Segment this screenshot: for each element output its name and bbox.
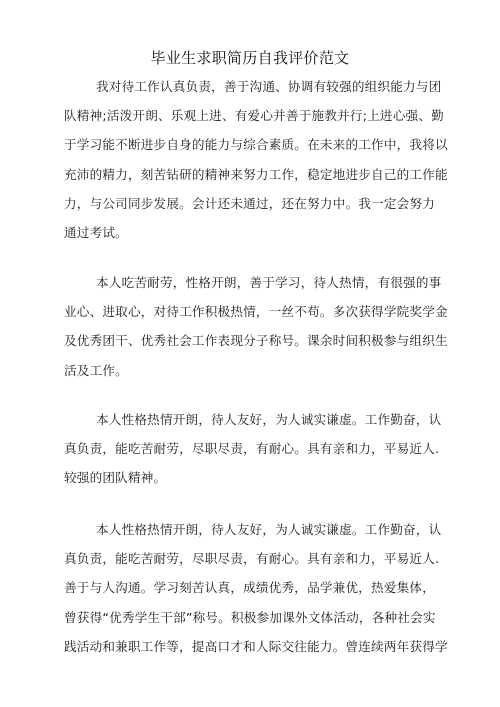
paragraph-line: 充沛的精力，刻苦钻研的精神来努力工作，稳定地进步自己的工作能 (64, 160, 424, 189)
paragraph-line: 活及工作。 (64, 356, 424, 385)
paragraph-3: 本人性格热情开朗，待人友好，为人诚实谦虚。工作勤奋，认 真负责，能吃苦耐劳，尽职… (64, 405, 424, 493)
paragraph-line: 真负责，能吃苦耐劳，尽职尽责，有耐心。具有亲和力，平易近人. (64, 544, 424, 573)
paragraph-line: 业心、进取心，对待工作积极热情，一丝不苟。多次获得学院奖学金 (64, 297, 424, 326)
paragraph-1: 我对待工作认真负责，善于沟通、协调有较强的组织能力与团 队精神;活泼开朗、乐观上… (64, 72, 424, 247)
paragraph-line: 善于与人沟通。学习刻苦认真，成绩优秀，品学兼优，热爱集体， (64, 573, 424, 602)
paragraph-line: 曾获得“优秀学生干部”称号。积极参加课外文体活动，各种社会实 (64, 603, 424, 632)
document-page: 毕业生求职简历自我评价范文 我对待工作认真负责，善于沟通、协调有较强的组织能力与… (0, 0, 500, 707)
document-title: 毕业生求职简历自我评价范文 (0, 47, 500, 69)
paragraph-4: 本人性格热情开朗，待人友好，为人诚实谦虚。工作勤奋，认 真负责，能吃苦耐劳，尽职… (64, 515, 424, 661)
paragraph-line: 本人吃苦耐劳，性格开朗，善于学习，待人热情，有很强的事 (64, 268, 424, 297)
paragraph-line: 力，与公司同步发展。会计还未通过，还在努力中。我一定会努力 (64, 189, 424, 218)
paragraph-line: 真负责，能吃苦耐劳，尽职尽责，有耐心。具有亲和力，平易近人. (64, 434, 424, 463)
paragraph-2: 本人吃苦耐劳，性格开朗，善于学习，待人热情，有很强的事 业心、进取心，对待工作积… (64, 268, 424, 385)
paragraph-line: 我对待工作认真负责，善于沟通、协调有较强的组织能力与团 (64, 72, 424, 101)
paragraph-line: 于学习能不断进步自身的能力与综合素质。在未来的工作中，我将以 (64, 130, 424, 159)
paragraph-line: 及优秀团干、优秀社会工作表现分子称号。课余时间积极参与组织生 (64, 326, 424, 355)
paragraph-line: 本人性格热情开朗，待人友好，为人诚实谦虚。工作勤奋，认 (64, 405, 424, 434)
paragraph-line: 队精神;活泼开朗、乐观上进、有爱心并善于施教并行;上进心强、勤 (64, 101, 424, 130)
paragraph-line: 较强的团队精神。 (64, 463, 424, 492)
paragraph-line: 践活动和兼职工作等，提高口才和人际交往能力。曾连续两年获得学 (64, 632, 424, 661)
paragraph-line: 本人性格热情开朗，待人友好，为人诚实谦虚。工作勤奋，认 (64, 515, 424, 544)
paragraph-line: 通过考试。 (64, 218, 424, 247)
